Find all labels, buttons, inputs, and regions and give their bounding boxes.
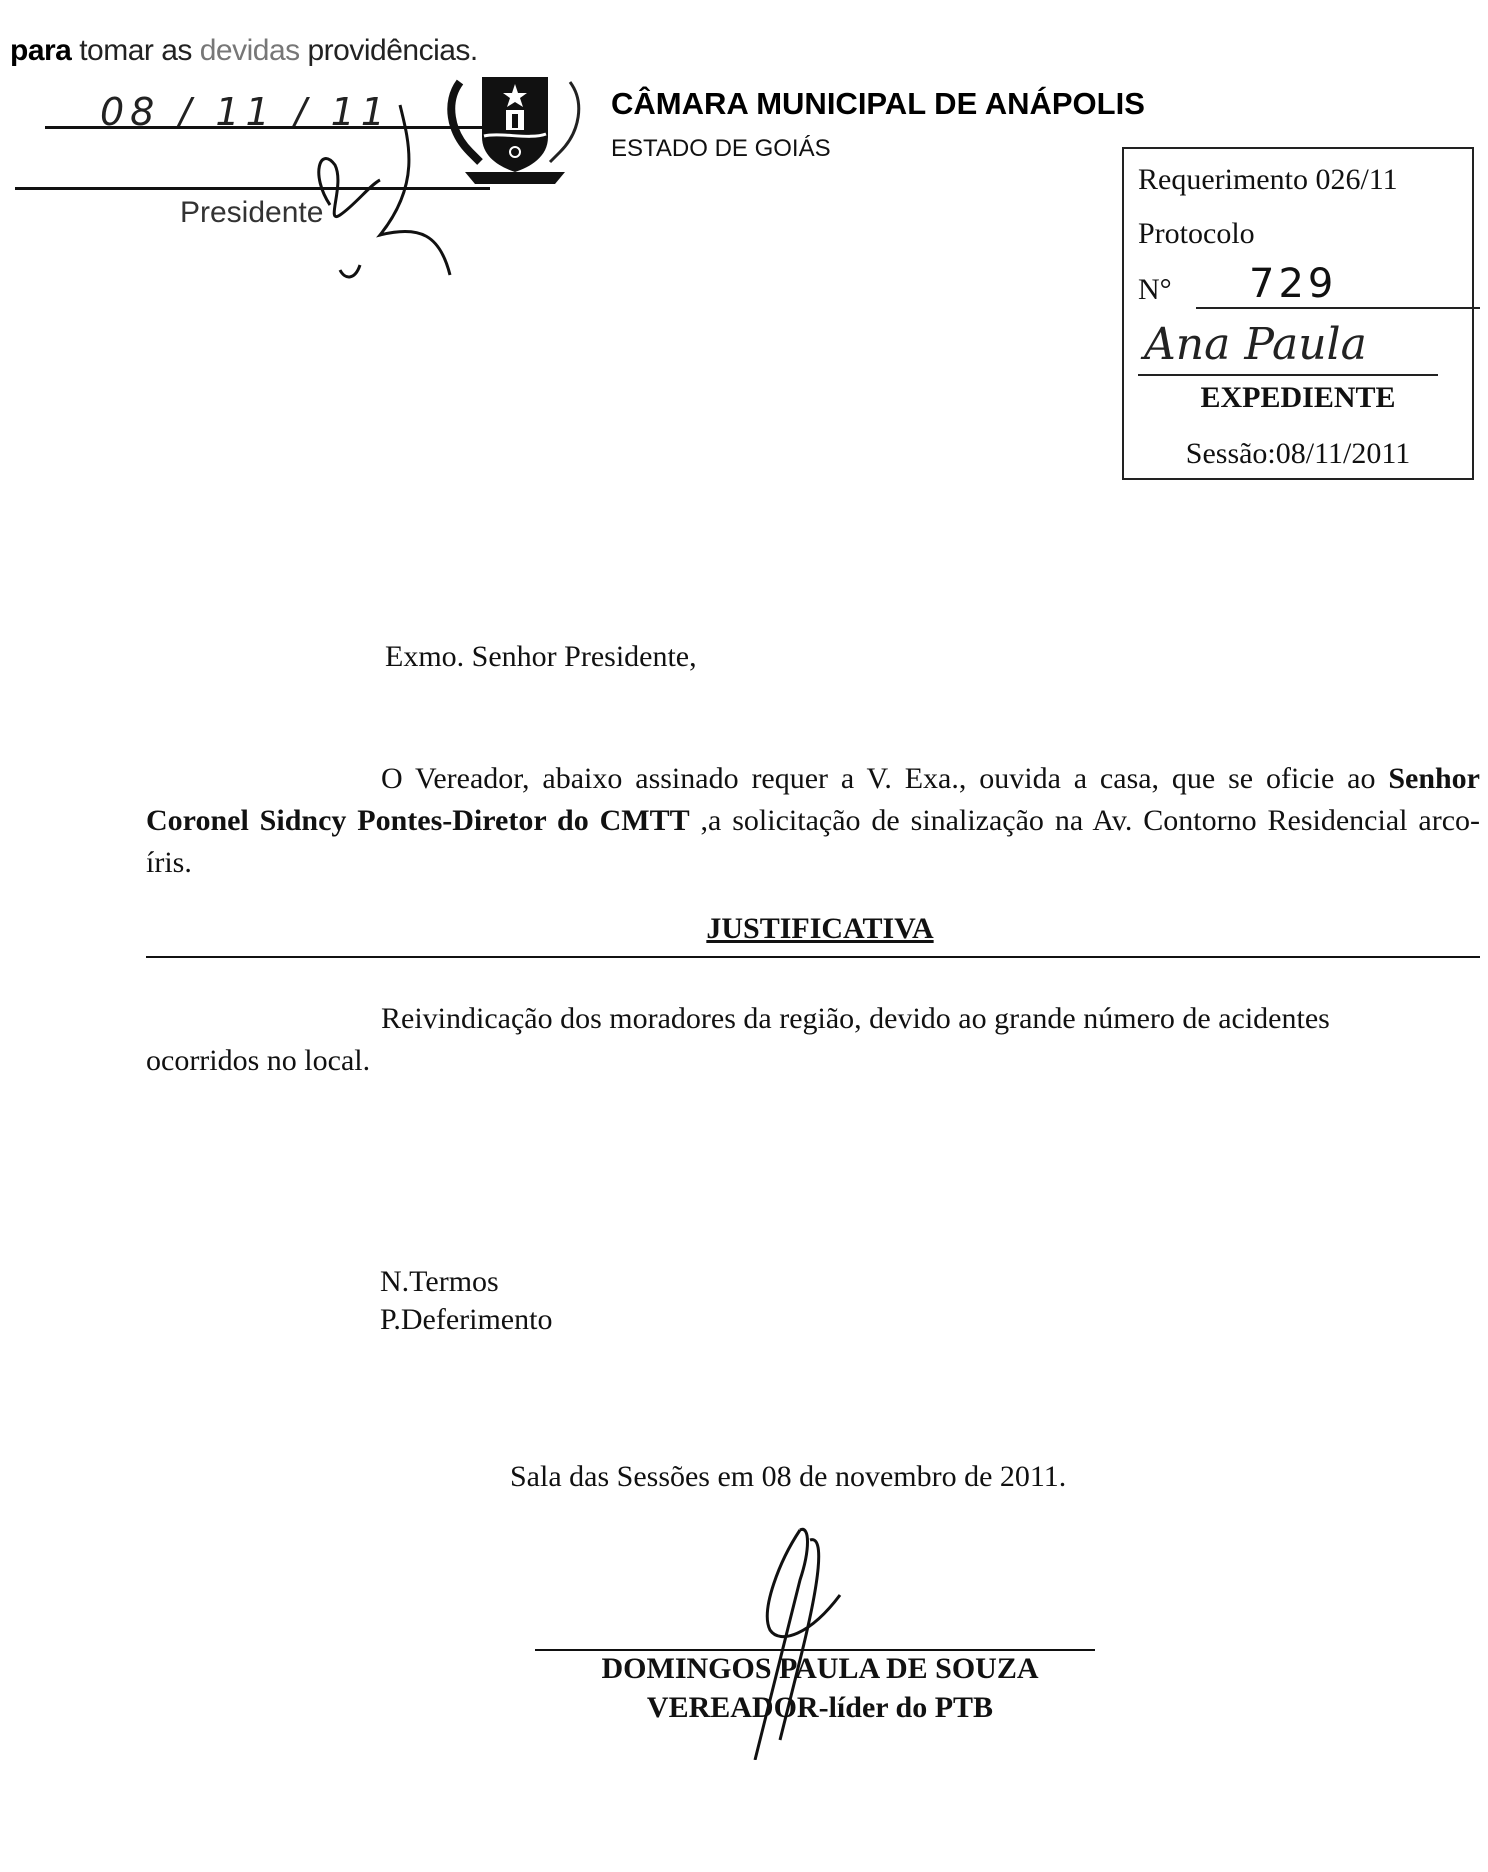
receiver-signature-line	[1138, 374, 1438, 376]
closing-deferimento: P.Deferimento	[380, 1303, 552, 1337]
number-line	[1196, 307, 1480, 309]
justification-paragraph: Reivindicação dos moradores da região, d…	[146, 998, 1436, 1082]
closing-termos: N.Termos	[380, 1265, 499, 1299]
requerimento-number: Requerimento 026/11	[1138, 163, 1398, 197]
protocol-number: 729	[1249, 261, 1337, 307]
dispatch-note: para tomar as devidas providências.	[10, 34, 478, 68]
receiver-signature: Ana Paula	[1144, 319, 1367, 370]
place-date: Sala das Sessões em 08 de novembro de 20…	[510, 1460, 1066, 1494]
protocolo-label: Protocolo	[1138, 217, 1255, 251]
session-date: Sessão:08/11/2011	[1124, 437, 1472, 471]
justification-rule	[146, 956, 1480, 958]
councilor-role: VEREADOR-líder do PTB	[520, 1691, 1120, 1725]
councilor-name: DOMINGOS PAULA DE SOUZA	[520, 1652, 1120, 1686]
organization-name: CÂMARA MUNICIPAL DE ANÁPOLIS	[611, 86, 1145, 122]
numero-label: N°	[1138, 273, 1172, 307]
councilor-signature-line	[535, 1649, 1095, 1651]
justification-title: JUSTIFICATIVA	[0, 912, 1488, 946]
salutation: Exmo. Senhor Presidente,	[385, 640, 697, 674]
coat-of-arms-icon	[440, 62, 590, 192]
department-label: EXPEDIENTE	[1124, 381, 1472, 415]
request-paragraph: O Vereador, abaixo assinado requer a V. …	[146, 758, 1480, 884]
protocol-stamp: Requerimento 026/11 Protocolo N° 729 Ana…	[1122, 147, 1474, 480]
organization-state: ESTADO DE GOIÁS	[611, 135, 831, 163]
